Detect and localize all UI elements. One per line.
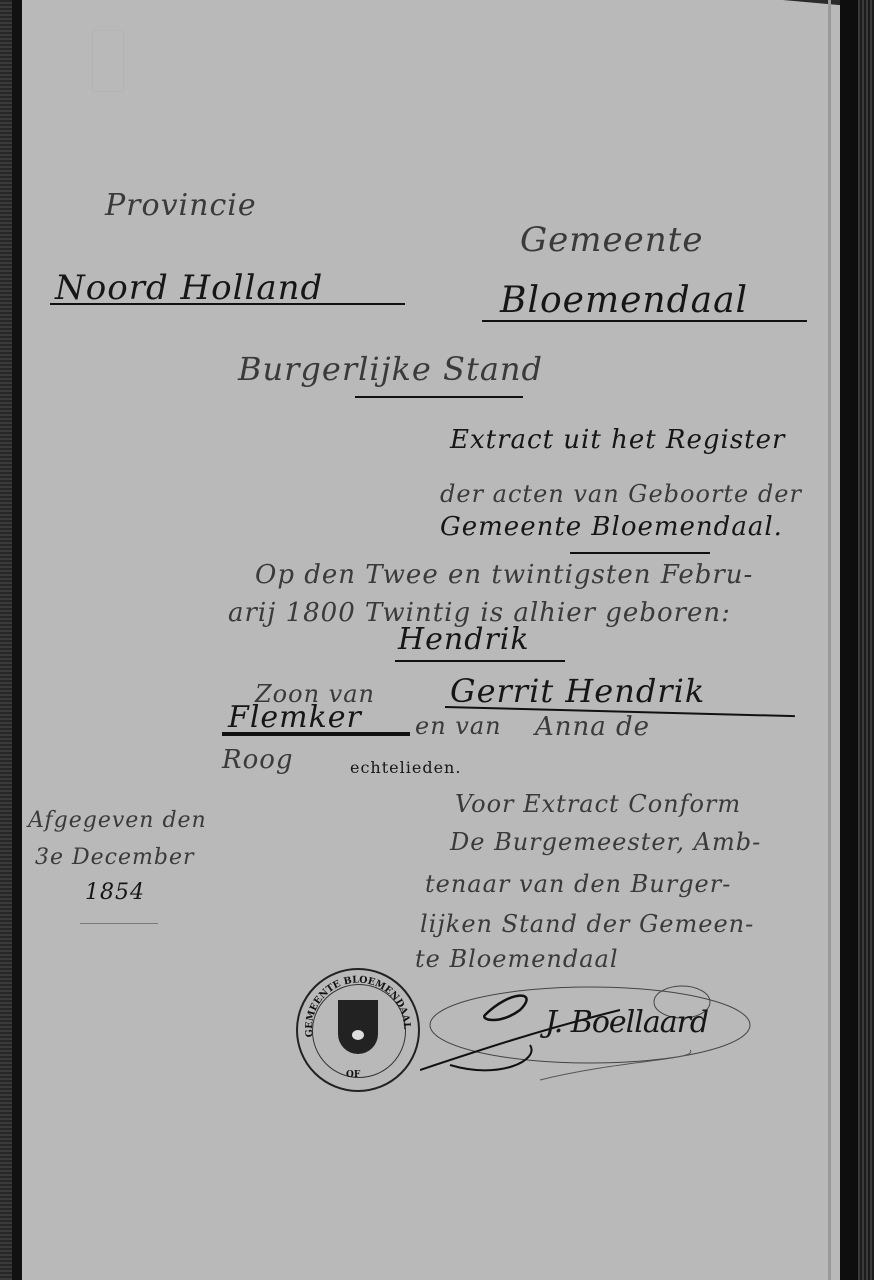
issued-on-date: 3e December bbox=[35, 845, 195, 870]
municipal-seal: GEMEENTE BLOEMENDAAL OF bbox=[296, 968, 420, 1092]
extract-line-2: der acten van Geboorte der bbox=[440, 480, 802, 508]
body-line-1: Op den Twee en twintigsten Febru- bbox=[255, 560, 753, 590]
mother-surname: Roog bbox=[222, 745, 294, 775]
signature-text: J. Boellaard bbox=[545, 1005, 708, 1040]
child-name: Hendrik bbox=[398, 622, 530, 657]
certification-line-4: lijken Stand der Gemeen- bbox=[420, 910, 754, 938]
province-label: Provincie bbox=[105, 188, 257, 223]
seal-bottom-mark: OF bbox=[346, 1070, 360, 1080]
registry-underline bbox=[355, 396, 523, 398]
page-right-edge bbox=[828, 0, 831, 1280]
year-underline bbox=[80, 923, 158, 924]
issued-on-year: 1854 bbox=[85, 880, 145, 905]
certification-line-5: te Bloemendaal bbox=[415, 945, 619, 973]
father-surname-underline bbox=[222, 732, 410, 736]
extract-underline bbox=[570, 552, 710, 554]
municipality-underline bbox=[482, 320, 807, 322]
registry-title: Burgerlijke Stand bbox=[238, 350, 543, 388]
issued-on-label: Afgegeven den bbox=[28, 808, 207, 833]
certification-line-1: Voor Extract Conform bbox=[455, 790, 741, 818]
coat-of-arms-icon bbox=[338, 1000, 378, 1054]
municipality-label: Gemeente bbox=[520, 220, 703, 260]
father-name: Gerrit Hendrik bbox=[450, 672, 705, 710]
child-name-underline bbox=[395, 660, 565, 662]
spouses-label: echtelieden. bbox=[350, 758, 461, 777]
certification-line-3: tenaar van den Burger- bbox=[425, 870, 731, 898]
mother-name: Anna de bbox=[535, 712, 650, 742]
scan-right-texture bbox=[858, 0, 874, 1280]
province-name: Noord Holland bbox=[55, 268, 323, 308]
faint-stamp-mark bbox=[92, 30, 124, 92]
extract-line-1: Extract uit het Register bbox=[450, 425, 785, 455]
father-surname: Flemker bbox=[228, 700, 362, 735]
municipality-name: Bloemendaal bbox=[500, 280, 748, 321]
extract-line-3: Gemeente Bloemendaal. bbox=[440, 512, 783, 542]
body-and-of: en van bbox=[415, 712, 502, 740]
certification-line-2: De Burgemeester, Amb- bbox=[450, 828, 761, 856]
province-underline bbox=[50, 303, 405, 305]
